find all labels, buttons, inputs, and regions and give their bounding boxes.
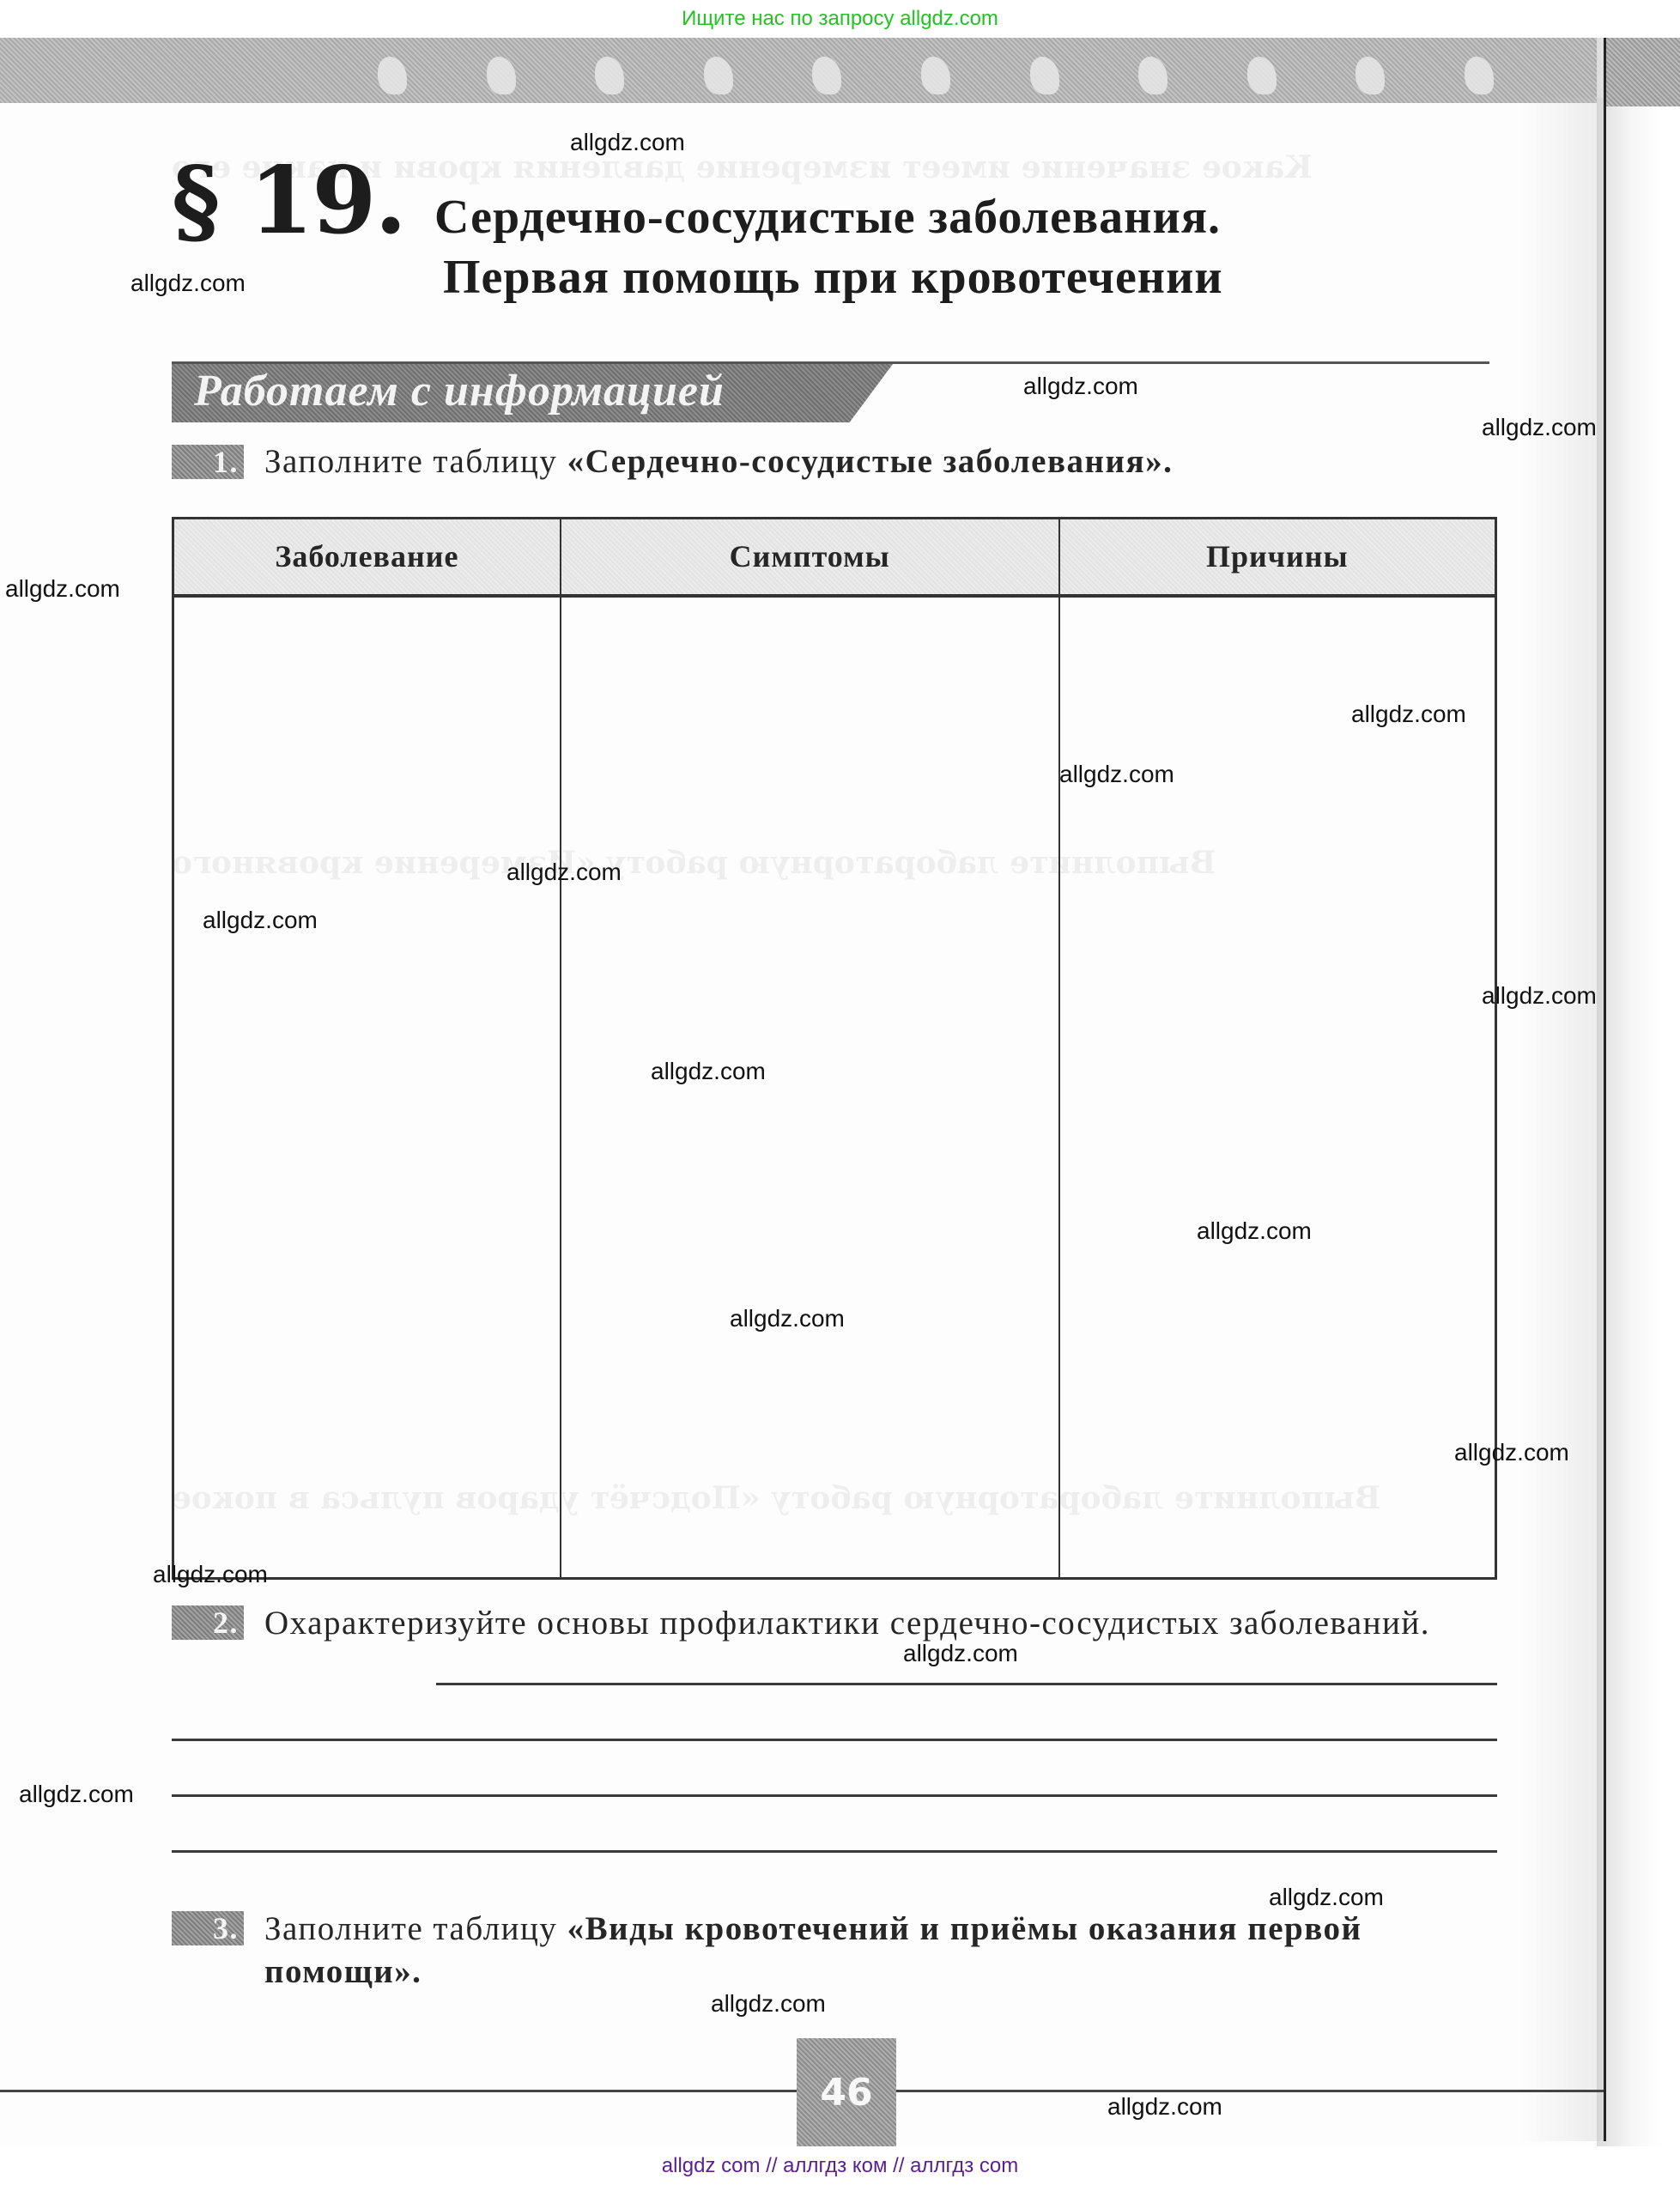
decorative-header-strip: [0, 38, 1610, 103]
watermark: allgdz.com: [5, 575, 120, 603]
answer-line[interactable]: [172, 1794, 1497, 1797]
answer-line[interactable]: [436, 1683, 1497, 1685]
animal-silhouettes-icon: [378, 52, 1494, 94]
watermark: allgdz.com: [203, 907, 318, 934]
title-text: Сердечно-сосудистые заболевания. Первая …: [434, 187, 1223, 307]
watermark: allgdz.com: [651, 1058, 766, 1085]
title-line-1: Сердечно-сосудистые заболевания.: [434, 187, 1223, 247]
watermark: allgdz.com: [1023, 373, 1138, 400]
spine-fold-line: [1604, 38, 1606, 2141]
disease-cell[interactable]: [173, 596, 561, 1579]
next-page-strip: [1606, 38, 1680, 106]
section-number: § 19.: [172, 149, 405, 252]
task-number-badge: 1.: [172, 445, 244, 479]
top-banner: Ищите нас по запросу allgdz.com: [0, 0, 1680, 38]
answer-line[interactable]: [172, 1850, 1497, 1853]
causes-cell[interactable]: [1059, 596, 1496, 1579]
watermark: allgdz.com: [570, 129, 685, 156]
section-banner-label: Работаем с информацией: [172, 364, 893, 419]
workbook-page: Какое значение имеет измерение давления …: [0, 38, 1680, 2146]
title-line-2: Первая помощь при кровотечении: [443, 247, 1223, 307]
watermark: allgdz.com: [1482, 982, 1597, 1010]
answer-line[interactable]: [172, 1739, 1497, 1741]
book-spine: [1597, 38, 1680, 2146]
column-header-symptoms: Симптомы: [561, 519, 1059, 596]
column-header-disease: Заболевание: [173, 519, 561, 596]
watermark: allgdz.com: [506, 859, 622, 886]
title-divider: [172, 361, 1489, 364]
watermark: allgdz.com: [19, 1781, 134, 1808]
task-2: 2. Охарактеризуйте основы профилактики с…: [172, 1602, 1497, 1645]
watermark: allgdz.com: [1269, 1884, 1384, 1911]
task-number-badge: 3.: [172, 1911, 244, 1945]
watermark: allgdz.com: [1197, 1217, 1312, 1245]
watermark: allgdz.com: [1482, 414, 1597, 441]
table-row: [173, 596, 1496, 1579]
column-header-causes: Причины: [1059, 519, 1496, 596]
task-1-text: Заполните таблицу «Сердечно-сосудистые з…: [264, 441, 1173, 483]
watermark: allgdz.com: [1059, 761, 1174, 788]
task-2-text: Охарактеризуйте основы профилактики серд…: [264, 1602, 1430, 1645]
task-1: 1. Заполните таблицу «Сердечно-сосудисты…: [172, 441, 1173, 483]
bottom-banner: allgdz com // аллгдз ком // аллгдз com: [0, 2146, 1680, 2185]
watermark: allgdz.com: [730, 1305, 845, 1332]
watermark: allgdz.com: [153, 1561, 268, 1588]
task-3-text: Заполните таблицу «Виды кровотечений и п…: [264, 1908, 1497, 1994]
watermark: allgdz.com: [711, 1990, 826, 2018]
page-number: 46: [797, 2038, 896, 2146]
section-banner: Работаем с информацией: [172, 364, 893, 422]
watermark: allgdz.com: [130, 270, 246, 297]
cardiovascular-diseases-table: Заболевание Симптомы Причины: [172, 517, 1497, 1580]
page-title: § 19. Сердечно-сосудистые заболевания. П…: [172, 149, 1223, 307]
watermark: allgdz.com: [903, 1640, 1018, 1667]
watermark: allgdz.com: [1107, 2093, 1222, 2121]
task-number-badge: 2.: [172, 1605, 244, 1640]
symptoms-cell[interactable]: [561, 596, 1059, 1579]
task-3: 3. Заполните таблицу «Виды кровотечений …: [172, 1908, 1497, 1994]
watermark: allgdz.com: [1454, 1439, 1569, 1466]
page-shadow: [1519, 98, 1605, 2141]
watermark: allgdz.com: [1351, 701, 1466, 728]
